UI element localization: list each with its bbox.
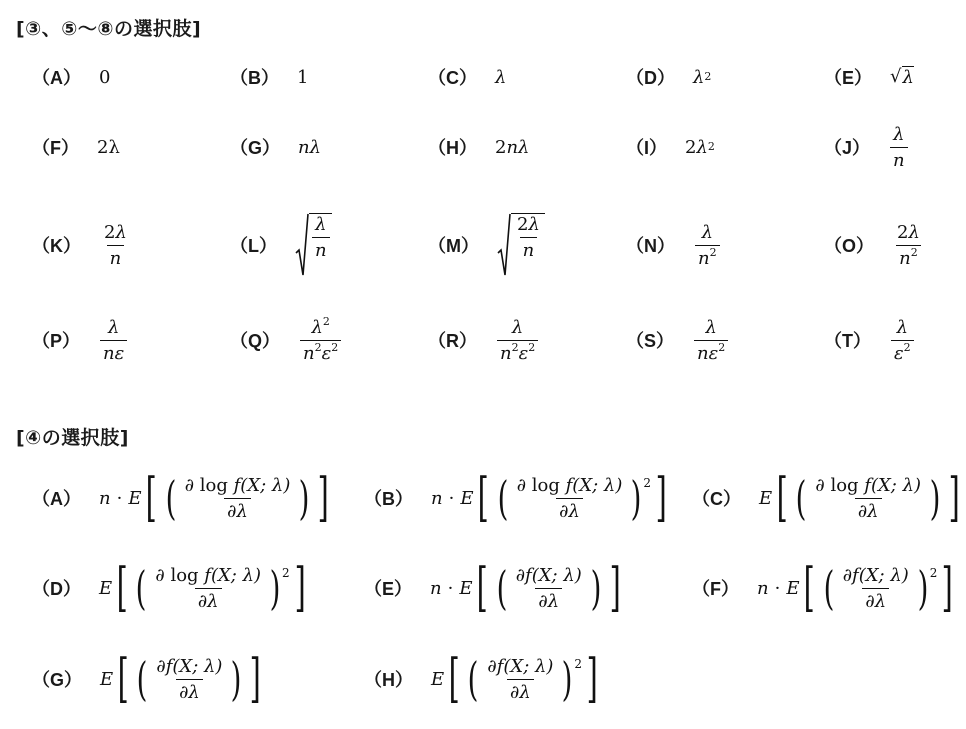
option-label: （C） bbox=[692, 485, 741, 511]
option-expr: λn2ε2 bbox=[495, 317, 540, 364]
option-label: （K） bbox=[32, 232, 81, 258]
option-3-H[interactable]: （H） 2nλ bbox=[428, 107, 529, 187]
option-4-H[interactable]: （H） E [( ∂f(X; λ)∂λ )2] bbox=[364, 639, 602, 719]
option-label: （F） bbox=[32, 134, 79, 160]
option-3-F[interactable]: （F） 2λ bbox=[32, 107, 120, 187]
radical-sign-icon bbox=[295, 213, 309, 277]
option-3-J[interactable]: （J） λn bbox=[824, 107, 910, 187]
option-3-R[interactable]: （R） λn2ε2 bbox=[428, 300, 540, 380]
option-3-N[interactable]: （N） λn2 bbox=[626, 205, 722, 285]
option-expr: nλ bbox=[298, 137, 321, 158]
option-expr: E [( ∂ log f(X; λ)∂λ )2] bbox=[99, 562, 310, 614]
option-expr: λε2 bbox=[889, 317, 916, 364]
option-expr: n·E [( ∂ log f(X; λ)∂λ )] bbox=[99, 472, 334, 524]
option-expr: 2λ2 bbox=[685, 137, 715, 158]
option-label: （L） bbox=[230, 232, 277, 258]
option-expr: λnε2 bbox=[692, 317, 730, 364]
option-4-E[interactable]: （E） n·E [( ∂f(X; λ)∂λ )] bbox=[364, 548, 625, 628]
option-expr: E [( ∂ log f(X; λ)∂λ )] bbox=[759, 472, 964, 524]
fraction: λ2n2ε2 bbox=[300, 317, 341, 364]
option-3-O[interactable]: （O） 2λn2 bbox=[824, 205, 925, 285]
option-3-L[interactable]: （L） λn bbox=[230, 205, 332, 285]
radical-sign-icon bbox=[497, 213, 511, 277]
square-root-icon: √λ bbox=[890, 66, 914, 88]
option-label: （I） bbox=[626, 134, 667, 160]
option-3-Q[interactable]: （Q） λ2n2ε2 bbox=[230, 300, 343, 380]
option-label: （A） bbox=[32, 64, 81, 90]
option-expr: 1 bbox=[297, 67, 308, 88]
option-3-T[interactable]: （T） λε2 bbox=[824, 300, 916, 380]
option-label: （J） bbox=[824, 134, 870, 160]
option-expr: 0 bbox=[99, 67, 110, 88]
option-3-K[interactable]: （K） 2λn bbox=[32, 205, 132, 285]
fraction: λn2ε2 bbox=[497, 317, 538, 364]
option-expr: λ2n2ε2 bbox=[298, 317, 343, 364]
option-label: （T） bbox=[824, 327, 871, 353]
section-heading-choices-4: [④の選択肢] bbox=[16, 423, 129, 450]
option-4-B[interactable]: （B） n·E [( ∂ log f(X; λ)∂λ )2] bbox=[364, 458, 671, 538]
option-expr: 2λn bbox=[497, 213, 545, 277]
fraction: 2λn2 bbox=[894, 222, 923, 269]
option-label: （Q） bbox=[230, 327, 280, 353]
square-root-icon: 2λn bbox=[497, 213, 545, 277]
fraction: λn bbox=[890, 124, 908, 171]
option-3-I[interactable]: （I） 2λ2 bbox=[626, 107, 715, 187]
option-label: （O） bbox=[824, 232, 874, 258]
option-label: （D） bbox=[626, 64, 675, 90]
option-expr: λnε bbox=[98, 317, 129, 364]
option-3-S[interactable]: （S） λnε2 bbox=[626, 300, 730, 380]
option-3-M[interactable]: （M） 2λn bbox=[428, 205, 545, 285]
fraction: λn2 bbox=[695, 222, 720, 269]
option-label: （F） bbox=[692, 575, 739, 601]
option-label: （S） bbox=[626, 327, 674, 353]
option-label: （M） bbox=[428, 232, 479, 258]
option-label: （G） bbox=[230, 134, 280, 160]
square-root-icon: λn bbox=[295, 213, 332, 277]
fraction: λε2 bbox=[891, 317, 914, 364]
option-expr: n·E [( ∂f(X; λ)∂λ )] bbox=[430, 562, 625, 614]
option-4-G[interactable]: （G） E [( ∂f(X; λ)∂λ )] bbox=[32, 639, 266, 719]
option-4-F[interactable]: （F） n·E [( ∂f(X; λ)∂λ )2] bbox=[692, 548, 958, 628]
option-label: （H） bbox=[364, 666, 413, 692]
option-expr: λn bbox=[888, 124, 910, 171]
option-expr: 2λn2 bbox=[892, 222, 925, 269]
option-expr: n·E [( ∂f(X; λ)∂λ )2] bbox=[757, 562, 958, 614]
option-label: （C） bbox=[428, 64, 477, 90]
option-expr: 2nλ bbox=[495, 137, 529, 158]
option-label: （E） bbox=[364, 575, 412, 601]
option-label: （E） bbox=[824, 64, 872, 90]
option-label: （G） bbox=[32, 666, 82, 692]
option-4-C[interactable]: （C） E [( ∂ log f(X; λ)∂λ )] bbox=[692, 458, 964, 538]
option-4-A[interactable]: （A） n·E [( ∂ log f(X; λ)∂λ )] bbox=[32, 458, 334, 538]
fraction: 2λn bbox=[101, 222, 130, 269]
option-3-G[interactable]: （G） nλ bbox=[230, 107, 321, 187]
fraction: λnε2 bbox=[694, 317, 728, 364]
option-expr: λn bbox=[295, 213, 332, 277]
option-expr: E [( ∂f(X; λ)∂λ )] bbox=[100, 653, 266, 705]
option-label: （A） bbox=[32, 485, 81, 511]
option-expr: n·E [( ∂ log f(X; λ)∂λ )2] bbox=[431, 472, 671, 524]
option-expr: λ2 bbox=[693, 67, 711, 88]
option-3-C[interactable]: （C） λ bbox=[428, 37, 506, 117]
option-label: （N） bbox=[626, 232, 675, 258]
option-label: （R） bbox=[428, 327, 477, 353]
option-4-D[interactable]: （D） E [( ∂ log f(X; λ)∂λ )2] bbox=[32, 548, 310, 628]
option-expr: 2λn bbox=[99, 222, 132, 269]
option-expr: 2λ bbox=[97, 137, 120, 158]
option-label: （H） bbox=[428, 134, 477, 160]
fraction: λnε bbox=[100, 317, 127, 364]
option-3-D[interactable]: （D） λ2 bbox=[626, 37, 711, 117]
option-label: （B） bbox=[364, 485, 413, 511]
option-expr: λn2 bbox=[693, 222, 722, 269]
option-expr: √λ bbox=[890, 66, 914, 88]
option-3-A[interactable]: （A） 0 bbox=[32, 37, 110, 117]
option-label: （D） bbox=[32, 575, 81, 601]
option-3-P[interactable]: （P） λnε bbox=[32, 300, 129, 380]
option-expr: λ bbox=[495, 67, 506, 88]
option-label: （P） bbox=[32, 327, 80, 353]
option-3-E[interactable]: （E） √λ bbox=[824, 37, 914, 117]
option-3-B[interactable]: （B） 1 bbox=[230, 37, 308, 117]
option-label: （B） bbox=[230, 64, 279, 90]
option-expr: E [( ∂f(X; λ)∂λ )2] bbox=[431, 653, 602, 705]
